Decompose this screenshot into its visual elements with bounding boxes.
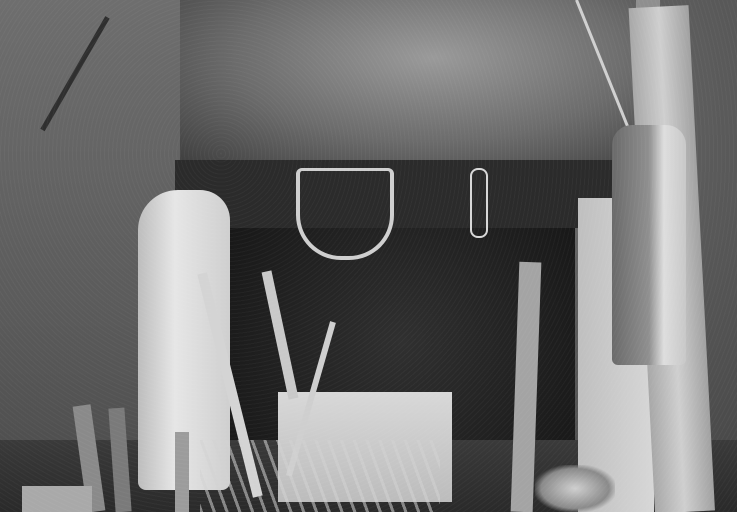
stirrup xyxy=(296,168,394,260)
coiled-rope xyxy=(470,168,488,238)
bucket xyxy=(22,486,92,512)
hanging-coat xyxy=(612,125,686,365)
bundle-of-sticks xyxy=(200,440,440,512)
stone-wall-top xyxy=(180,0,640,165)
photo-scene xyxy=(0,0,737,512)
plant xyxy=(535,465,615,512)
wooden-post xyxy=(175,432,189,512)
wooden-beam xyxy=(175,160,615,228)
